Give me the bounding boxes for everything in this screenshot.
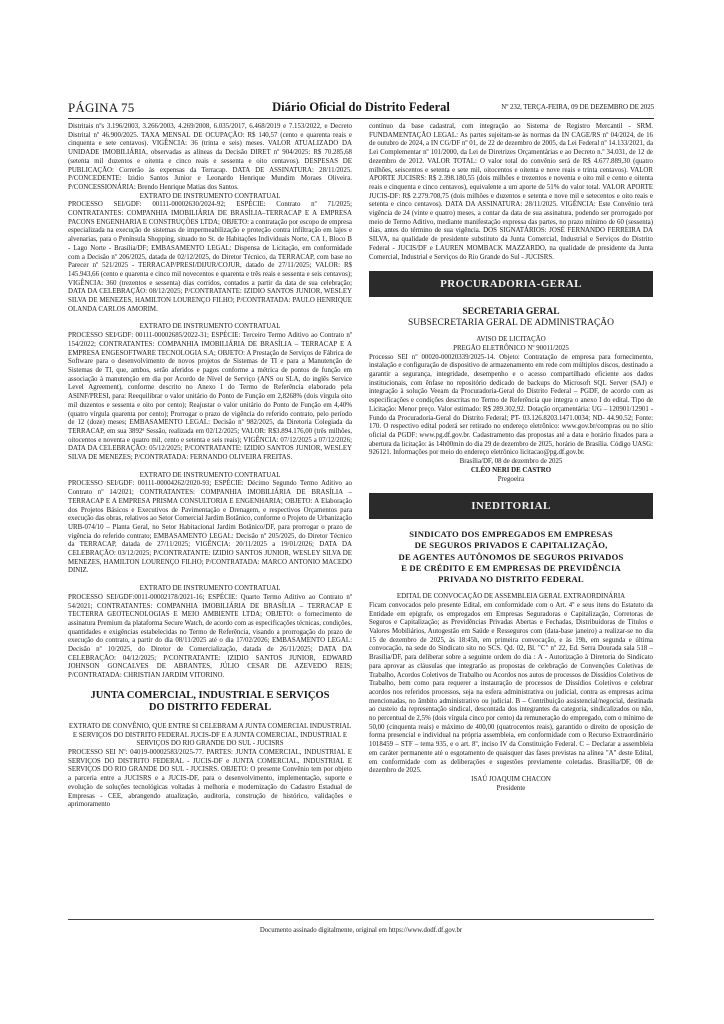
document-page: PÁGINA 75 Diário Oficial do Distrito Fed… [68, 96, 654, 119]
signer-name: ISAÚ JOAQUIM CHACON [369, 776, 653, 785]
ineditorial-section: SINDICATO DOS EMPREGADOS EM EMPRESAS DE … [369, 529, 653, 793]
footer-signature-note: Documento assinado digitalmente, origina… [68, 927, 654, 934]
signer-role: Presidente [369, 785, 653, 794]
contract-extract: EXTRATO DE INSTRUMENTO CONTRATUAL PROCES… [68, 193, 352, 315]
signer-role: Pregoeira [369, 476, 653, 485]
section-band-procuradoria: PROCURADORIA-GERAL [369, 271, 653, 297]
signer-name: CLÉO NERI DE CASTRO [369, 467, 653, 476]
notice-body: Ficam convocados pelo presente Edital, e… [369, 602, 653, 776]
organization-title: SINDICATO DOS EMPREGADOS EM EMPRESAS DE … [369, 529, 653, 585]
contract-extract: EXTRATO DE INSTRUMENTO CONTRATUAL PROCES… [68, 472, 352, 576]
notice-subtitle: PREGÃO ELETRÔNICO Nº 90011/2025 [369, 345, 653, 354]
agreement-extract-title: EXTRATO DE CONVÊNIO, QUE ENTRE SI CELEBR… [68, 723, 352, 749]
agreement-body: PROCESSO SEI Nº: 04019-00002583/2025-77.… [68, 749, 352, 810]
extract-title: EXTRATO DE INSTRUMENTO CONTRATUAL [68, 323, 352, 332]
procuradoria-section: SECRETARIA GERAL SUBSECRETARIA GERAL DE … [369, 307, 653, 484]
contract-extract: EXTRATO DE INSTRUMENTO CONTRATUAL PROCES… [68, 585, 352, 681]
notice-title: AVISO DE LICITAÇÃO [369, 336, 653, 345]
junta-comercial-section: JUNTA COMERCIAL, INDUSTRIAL E SERVIÇOS D… [68, 690, 352, 810]
extract-body: PROCESSO SEI/GDF: 00111-00002630/2024-92… [68, 201, 352, 314]
extract-title: EXTRATO DE INSTRUMENTO CONTRATUAL [68, 585, 352, 594]
continuation-text: Distritais nºs 3.196/2003, 3.266/2003, 4… [68, 123, 352, 193]
section-title: JUNTA COMERCIAL, INDUSTRIAL E SERVIÇOS D… [68, 690, 352, 715]
secretaria-title: SECRETARIA GERAL [369, 307, 653, 318]
contract-extract: EXTRATO DE INSTRUMENTO CONTRATUAL PROCES… [68, 323, 352, 462]
issue-info: Nº 232, TERÇA-FEIRA, 09 DE DEZEMBRO DE 2… [501, 103, 654, 111]
extract-body: PROCESSO SEI/GDF: 00111-00004262/2020-93… [68, 480, 352, 576]
place-date: Brasília/DF, 08 de dezembro de 2025 [369, 458, 653, 467]
right-column: contínuo da base cadastral, com integraç… [369, 123, 653, 793]
continuation-text: contínuo da base cadastral, com integraç… [369, 123, 653, 262]
page-header: PÁGINA 75 Diário Oficial do Distrito Fed… [68, 96, 654, 119]
left-column: Distritais nºs 3.196/2003, 3.266/2003, 4… [68, 123, 352, 810]
extract-body: PROCESSO SEI/GDF: 00111-00002685/2022-31… [68, 332, 352, 463]
notice-body: Processo SEI nº 00020-00020339/2025-14. … [369, 354, 653, 458]
footer-divider [68, 919, 654, 920]
section-band-ineditorial: INEDITORIAL [369, 493, 653, 519]
extract-body: PROCESSO SEI/GDF:0011-00002178/2021-16; … [68, 594, 352, 681]
notice-title: EDITAL DE CONVOCAÇÃO DE ASSEMBLEIA GERAL… [369, 593, 653, 602]
subsecretaria-title: SUBSECRETARIA GERAL DE ADMINISTRAÇÃO [369, 318, 653, 329]
